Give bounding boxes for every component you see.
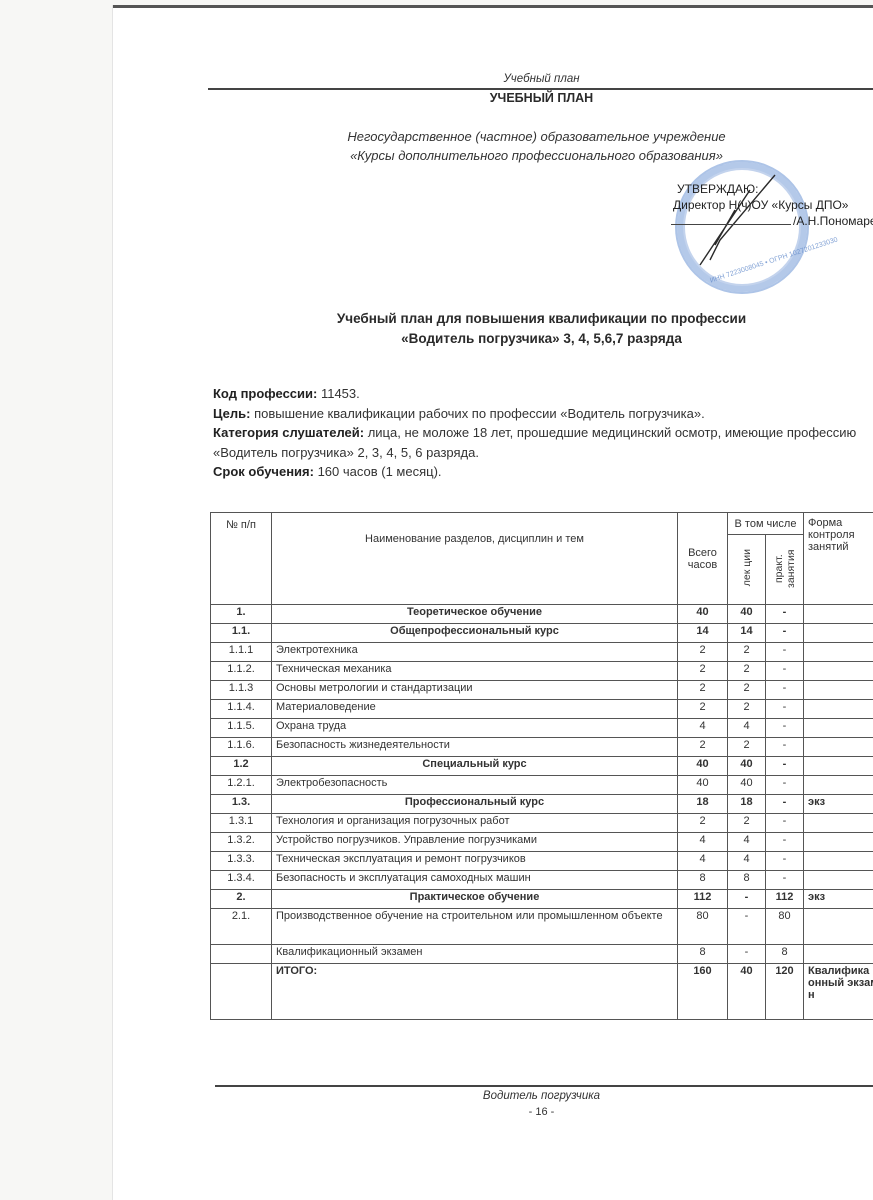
cell-total: 8 [678, 945, 728, 964]
cell-name: Специальный курс [272, 757, 678, 776]
cell-name: Материаловедение [272, 700, 678, 719]
cell-prac: - [766, 795, 804, 814]
cell-lec: 2 [728, 662, 766, 681]
cell-control [804, 719, 873, 738]
page-number: - 16 - [210, 1106, 873, 1118]
cell-control [804, 643, 873, 662]
cell-prac: - [766, 605, 804, 624]
cell-lec: 2 [728, 738, 766, 757]
plan-title: Учебный план для повышения квалификации … [210, 309, 873, 349]
footer-rule [215, 1085, 873, 1087]
cell-name: Техническая механика [272, 662, 678, 681]
cell-prac: - [766, 871, 804, 890]
header-total: Всего часов [678, 513, 728, 605]
cell-num [211, 964, 272, 1020]
cell-total: 2 [678, 738, 728, 757]
organization-line: Негосударственное (частное) образователь… [200, 127, 873, 146]
cell-total: 14 [678, 624, 728, 643]
cell-lec: 2 [728, 700, 766, 719]
table-row: 1.1.3Основы метрологии и стандартизации2… [211, 681, 873, 700]
cell-lec: 2 [728, 681, 766, 700]
table-row: 1.1.1Электротехника22- [211, 643, 873, 662]
cell-total: 4 [678, 833, 728, 852]
cell-num: 1.3.3. [211, 852, 272, 871]
cell-control [804, 757, 873, 776]
info-value: повышение квалификации рабочих по профес… [250, 406, 704, 421]
cell-num: 1.1. [211, 624, 272, 643]
header-num: № п/п [211, 513, 272, 605]
cell-lec: 4 [728, 719, 766, 738]
info-line: Категория слушателей: лица, не моложе 18… [213, 423, 863, 462]
cell-prac: - [766, 643, 804, 662]
cell-control: экз [804, 795, 873, 814]
table-row: 1.2Специальный курс4040- [211, 757, 873, 776]
cell-total: 40 [678, 757, 728, 776]
table-row: 2.1.Производственное обучение на строите… [211, 909, 873, 945]
cell-total: 112 [678, 890, 728, 909]
table-row: 1.3.2.Устройство погрузчиков. Управление… [211, 833, 873, 852]
cell-num: 2. [211, 890, 272, 909]
cell-lec: 2 [728, 814, 766, 833]
curriculum-table: № п/п Наименование разделов, дисциплин и… [210, 512, 873, 1020]
cell-lec: 40 [728, 776, 766, 795]
cell-name: Производственное обучение на строительно… [272, 909, 678, 945]
info-line: Код профессии: 11453. [213, 384, 863, 404]
plan-title-line: Учебный план для повышения квалификации … [210, 309, 873, 329]
info-label: Код профессии: [213, 386, 317, 401]
cell-lec: 40 [728, 757, 766, 776]
table-row: 1.1.Общепрофессиональный курс1414- [211, 624, 873, 643]
cell-num: 1.1.4. [211, 700, 272, 719]
cell-total: 4 [678, 852, 728, 871]
cell-lec: - [728, 945, 766, 964]
cell-name: Теоретическое обучение [272, 605, 678, 624]
cell-num [211, 945, 272, 964]
cell-num: 1.1.3 [211, 681, 272, 700]
cell-num: 1.3.2. [211, 833, 272, 852]
cell-prac: - [766, 719, 804, 738]
cell-name: Охрана труда [272, 719, 678, 738]
header-control: Форма контроля занятий [804, 513, 873, 605]
cell-control [804, 776, 873, 795]
table-row: 1.3.3.Техническая эксплуатация и ремонт … [211, 852, 873, 871]
cell-prac: 80 [766, 909, 804, 945]
cell-control [804, 624, 873, 643]
cell-prac: - [766, 662, 804, 681]
cell-lec: 40 [728, 964, 766, 1020]
cell-lec: 4 [728, 833, 766, 852]
header-rule [208, 88, 873, 90]
cell-num: 1.1.5. [211, 719, 272, 738]
table-row: 1.3.Профессиональный курс1818-экз [211, 795, 873, 814]
cell-total: 80 [678, 909, 728, 945]
signature-line [671, 224, 791, 225]
cell-num: 1.3.4. [211, 871, 272, 890]
cell-name: Безопасность и эксплуатация самоходных м… [272, 871, 678, 890]
cell-control: Квалифика ционный экзамен [804, 964, 873, 1020]
cell-name: Профессиональный курс [272, 795, 678, 814]
cell-control [804, 605, 873, 624]
approval-name: /А.Н.Пономаре [793, 214, 873, 228]
course-info: Код профессии: 11453.Цель: повышение ква… [213, 384, 863, 482]
table-row: 1.2.1.Электробезопасность4040- [211, 776, 873, 795]
cell-prac: - [766, 757, 804, 776]
cell-control [804, 738, 873, 757]
cell-num: 1.1.6. [211, 738, 272, 757]
cell-control [804, 852, 873, 871]
approval-position: Директор Н(ч)ОУ «Курсы ДПО» [673, 197, 873, 213]
cell-prac: - [766, 738, 804, 757]
cell-lec: - [728, 890, 766, 909]
cell-prac: - [766, 814, 804, 833]
cell-control [804, 814, 873, 833]
cell-lec: 8 [728, 871, 766, 890]
info-label: Цель: [213, 406, 250, 421]
cell-prac: - [766, 700, 804, 719]
cell-total: 2 [678, 700, 728, 719]
organization-line: «Курсы дополнительного профессионального… [200, 146, 873, 165]
table-row: 1.3.4.Безопасность и эксплуатация самохо… [211, 871, 873, 890]
cell-prac: - [766, 833, 804, 852]
cell-name: Квалификационный экзамен [272, 945, 678, 964]
cell-prac: - [766, 852, 804, 871]
cell-control [804, 871, 873, 890]
header-including: В том числе [728, 513, 804, 535]
cell-lec: 14 [728, 624, 766, 643]
running-header: Учебный план [210, 73, 873, 85]
cell-name: ИТОГО: [272, 964, 678, 1020]
table-row: 1.Теоретическое обучение4040- [211, 605, 873, 624]
cell-control [804, 681, 873, 700]
cell-name: Безопасность жизнедеятельности [272, 738, 678, 757]
table-row: 1.1.2.Техническая механика22- [211, 662, 873, 681]
cell-num: 1. [211, 605, 272, 624]
cell-total: 18 [678, 795, 728, 814]
cell-control [804, 945, 873, 964]
running-footer: Водитель погрузчика [210, 1090, 873, 1102]
cell-name: Устройство погрузчиков. Управление погру… [272, 833, 678, 852]
cell-name: Техническая эксплуатация и ремонт погруз… [272, 852, 678, 871]
organization-name: Негосударственное (частное) образователь… [200, 127, 873, 165]
cell-prac: 112 [766, 890, 804, 909]
info-value: 11453. [317, 386, 359, 401]
header-lectures: лек ции [728, 535, 766, 605]
cell-num: 1.3.1 [211, 814, 272, 833]
cell-num: 2.1. [211, 909, 272, 945]
info-label: Срок обучения: [213, 464, 314, 479]
cell-name: Основы метрологии и стандартизации [272, 681, 678, 700]
approval-block: УТВЕРЖДАЮ: Директор Н(ч)ОУ «Курсы ДПО» /… [677, 181, 873, 229]
cell-num: 1.3. [211, 795, 272, 814]
cell-total: 40 [678, 605, 728, 624]
info-line: Срок обучения: 160 часов (1 месяц). [213, 462, 863, 482]
cell-control [804, 700, 873, 719]
cell-total: 2 [678, 814, 728, 833]
table-row: 2.Практическое обучение112-112экз [211, 890, 873, 909]
cell-prac: - [766, 776, 804, 795]
cell-total: 40 [678, 776, 728, 795]
document-title: УЧЕБНЫЙ ПЛАН [210, 91, 873, 105]
info-value: 160 часов (1 месяц). [314, 464, 442, 479]
cell-prac: 8 [766, 945, 804, 964]
cell-total: 4 [678, 719, 728, 738]
table-row: 1.1.4.Материаловедение22- [211, 700, 873, 719]
cell-total: 8 [678, 871, 728, 890]
cell-control [804, 833, 873, 852]
cell-num: 1.2.1. [211, 776, 272, 795]
approval-label: УТВЕРЖДАЮ: [677, 181, 873, 197]
table-row: 1.1.5.Охрана труда44- [211, 719, 873, 738]
cell-control: экз [804, 890, 873, 909]
cell-control [804, 909, 873, 945]
cell-name: Общепрофессиональный курс [272, 624, 678, 643]
cell-name: Технология и организация погрузочных раб… [272, 814, 678, 833]
header-practice: практ. занятия [766, 535, 804, 605]
header-name: Наименование разделов, дисциплин и тем [272, 513, 678, 605]
cell-lec: 4 [728, 852, 766, 871]
plan-title-line: «Водитель погрузчика» 3, 4, 5,6,7 разряд… [210, 329, 873, 349]
info-label: Категория слушателей: [213, 425, 364, 440]
table-row: 1.3.1Технология и организация погрузочны… [211, 814, 873, 833]
info-line: Цель: повышение квалификации рабочих по … [213, 404, 863, 424]
cell-lec: 2 [728, 643, 766, 662]
cell-total: 2 [678, 681, 728, 700]
table-row: 1.1.6.Безопасность жизнедеятельности22- [211, 738, 873, 757]
cell-lec: 18 [728, 795, 766, 814]
table-row: ИТОГО:16040120Квалифика ционный экзамен [211, 964, 873, 1020]
cell-num: 1.1.2. [211, 662, 272, 681]
cell-total: 2 [678, 643, 728, 662]
cell-name: Электротехника [272, 643, 678, 662]
cell-total: 160 [678, 964, 728, 1020]
cell-lec: 40 [728, 605, 766, 624]
cell-prac: - [766, 624, 804, 643]
cell-name: Практическое обучение [272, 890, 678, 909]
cell-prac: - [766, 681, 804, 700]
cell-num: 1.2 [211, 757, 272, 776]
cell-prac: 120 [766, 964, 804, 1020]
cell-num: 1.1.1 [211, 643, 272, 662]
cell-total: 2 [678, 662, 728, 681]
cell-control [804, 662, 873, 681]
table-row: Квалификационный экзамен8-8 [211, 945, 873, 964]
cell-name: Электробезопасность [272, 776, 678, 795]
cell-lec: - [728, 909, 766, 945]
